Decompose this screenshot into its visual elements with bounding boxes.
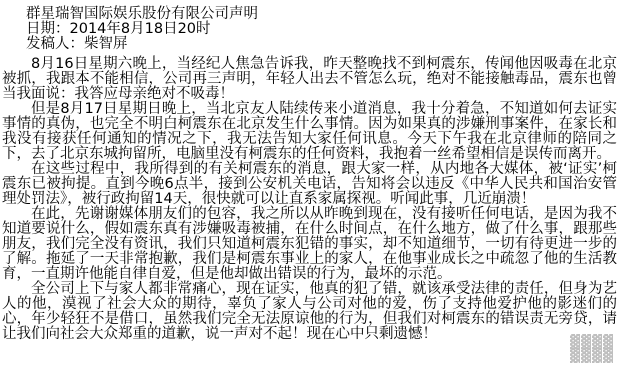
statement-document: 群星瑞智国际娱乐股份有限公司声明 日期：2014年8月18日20时 发稿人：柴智… <box>0 0 620 388</box>
statement-header: 群星瑞智国际娱乐股份有限公司声明 日期：2014年8月18日20时 发稿人：柴智… <box>0 0 620 52</box>
statement-paragraph: 8月16日星期六晚上，当经纪人焦急告诉我，昨天整晚找不到柯震东，传闻他因吸毒在北… <box>2 57 617 102</box>
statement-paragraph: 全公司上下与家人都非常痛心，现在证实，他真的犯了错，就该承受法律的责任，但身为艺… <box>2 282 617 342</box>
statement-paragraph: 在此，先谢谢媒体朋友们的包容，我之所以从昨晚到现在，没有接听任何电话，是因为我不… <box>2 207 617 282</box>
statement-body: 8月16日星期六晚上，当经纪人焦急告诉我，昨天整晚找不到柯震东，传闻他因吸毒在北… <box>0 57 620 342</box>
statement-title: 群星瑞智国际娱乐股份有限公司声明 <box>26 7 620 22</box>
statement-paragraph: 在这些过程中，我所得到的有关柯震东的消息，跟大家一样，从内地各大媒体，被‘证实’… <box>2 162 617 207</box>
site-watermark-row: ▓▓▓▓ <box>570 350 614 364</box>
statement-paragraph: 但是8月17日星期日晚上，当北京友人陆续传来小道消息，我十分着急，不知道如何去证… <box>2 102 617 162</box>
statement-date: 日期：2014年8月18日20时 <box>26 22 620 37</box>
statement-author: 发稿人：柴智屏 <box>26 37 620 52</box>
